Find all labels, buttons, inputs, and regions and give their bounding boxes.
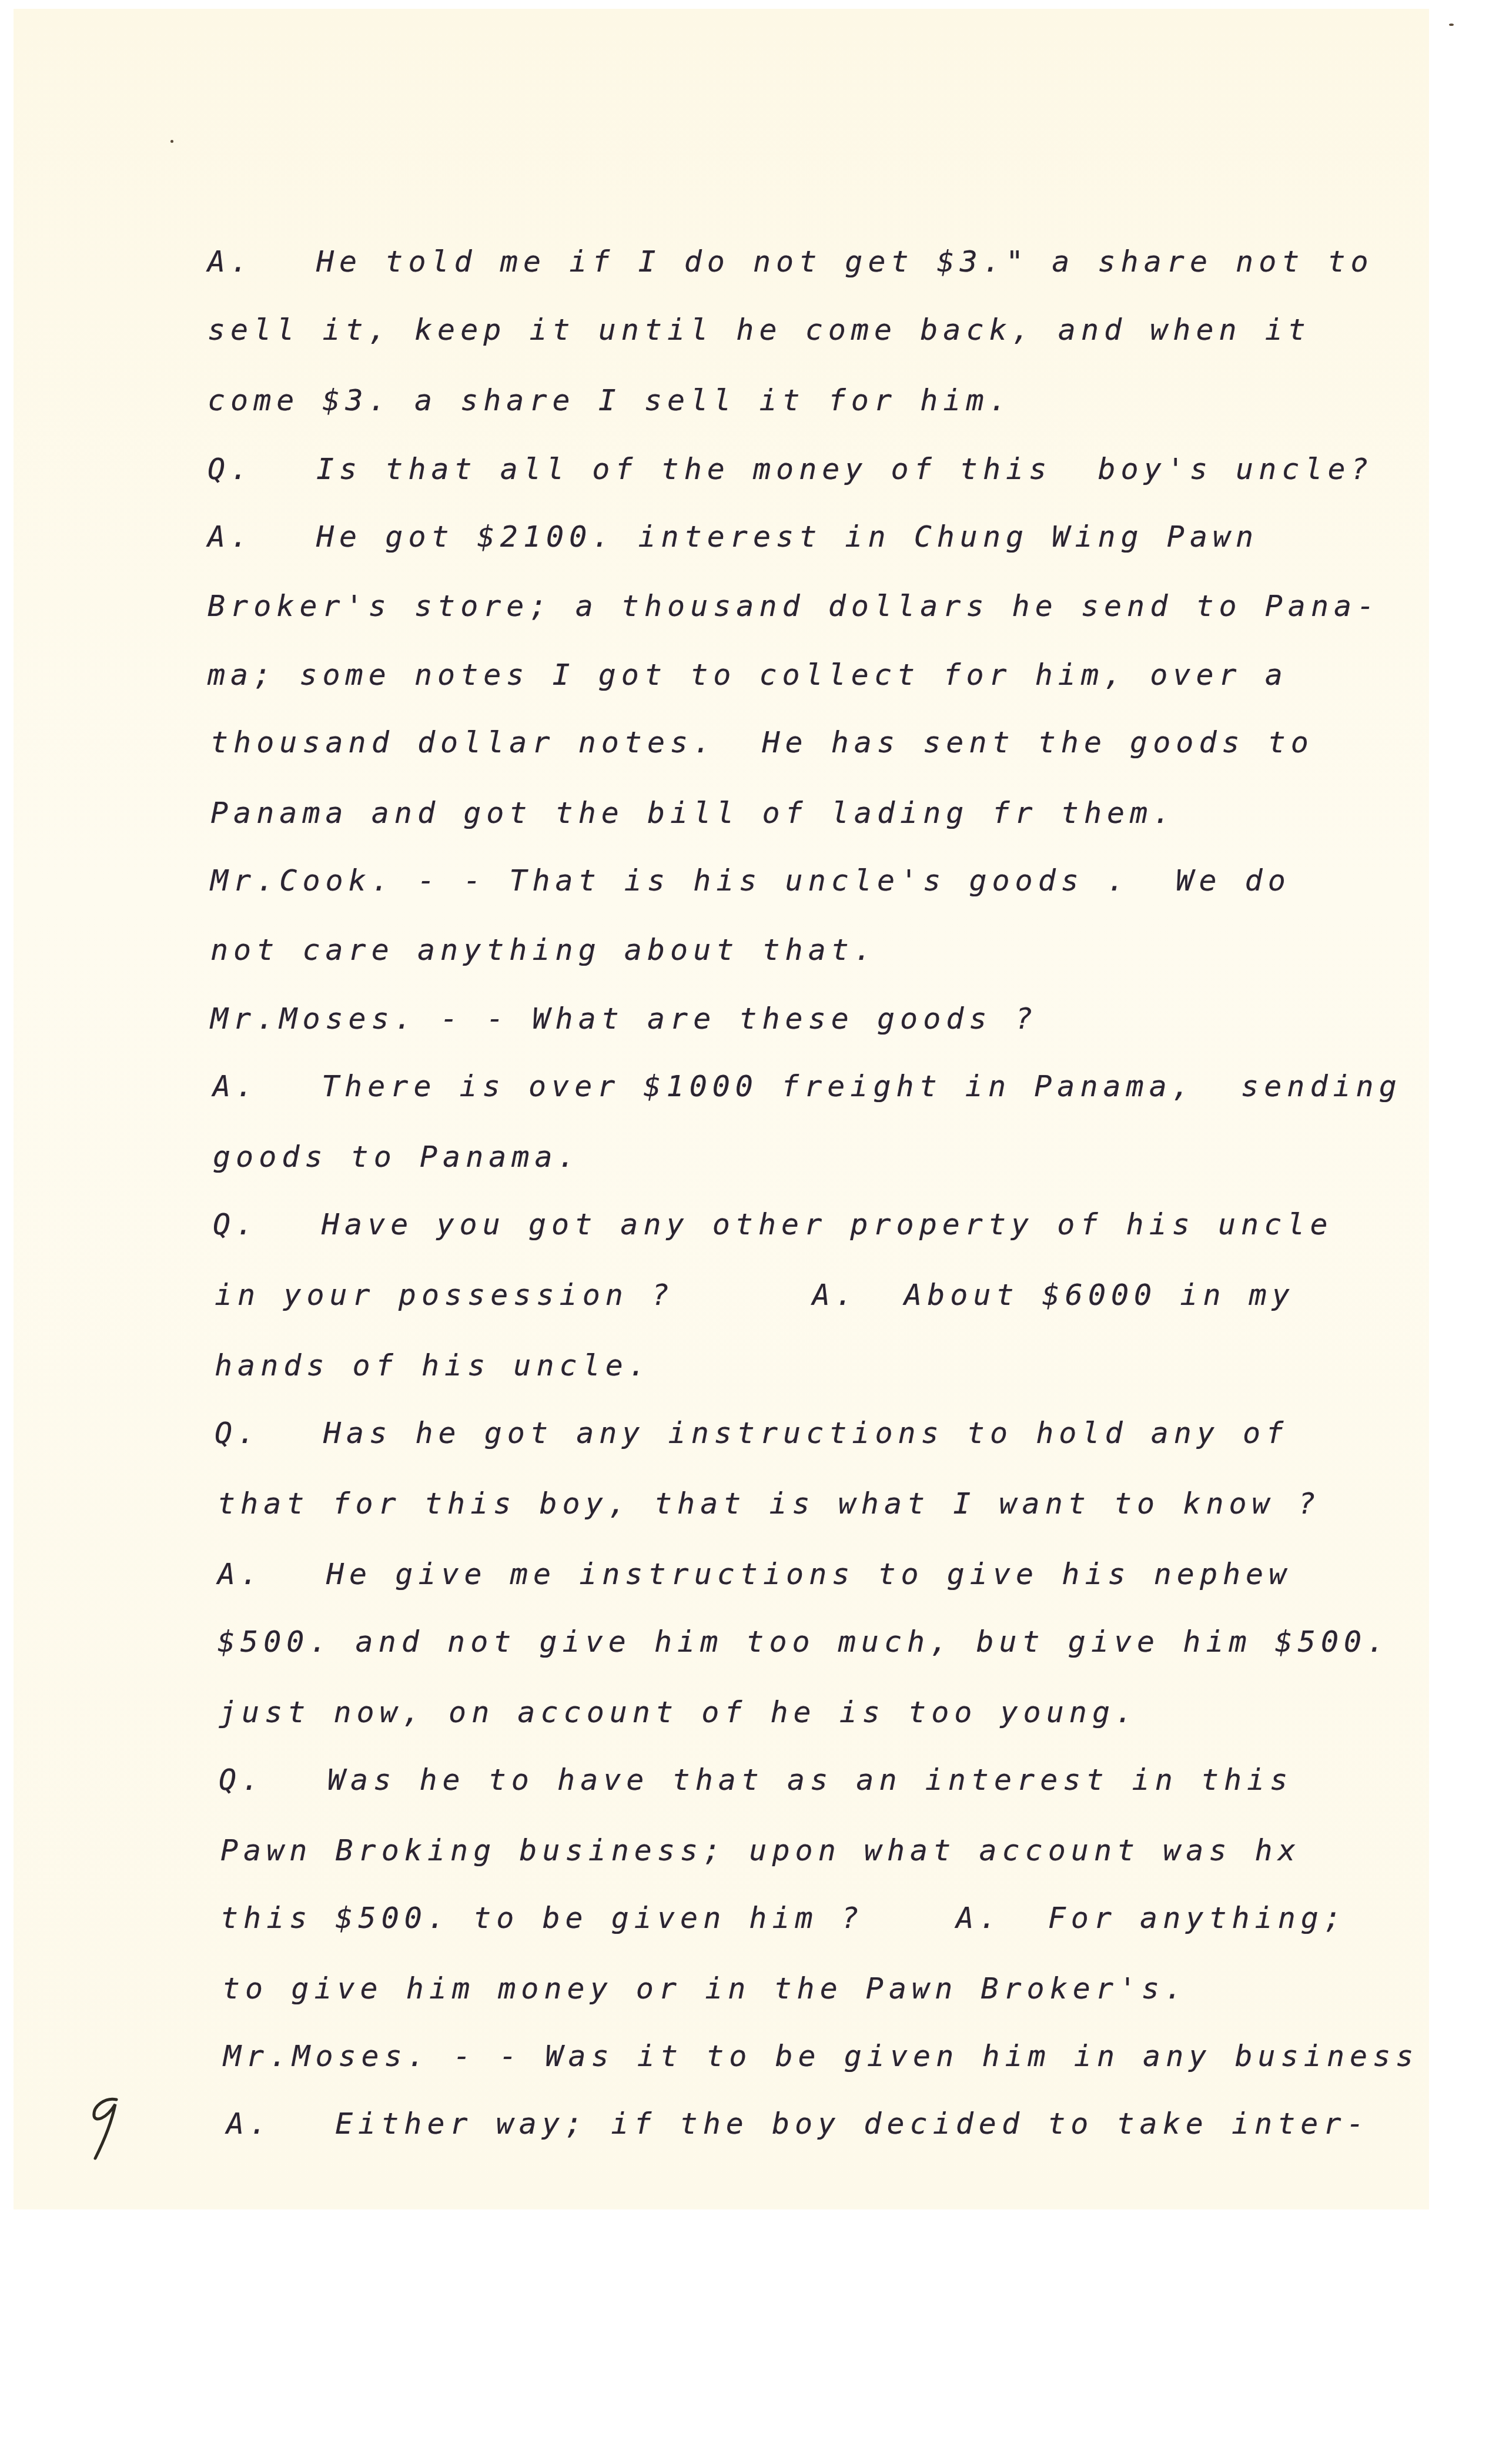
line-text: Mr.Moses. - - What are these goods ?: [210, 1002, 1038, 1036]
line-text: in your possession ? A. About $6000 in m…: [215, 1278, 1295, 1312]
transcript-line: A.There is over $1000 freight in Panama,…: [213, 1072, 1402, 1101]
transcript-line: A.He got $2100. interest in Chung Wing P…: [208, 522, 1259, 551]
transcript-line: Panama and got the bill of lading fr the…: [210, 798, 1176, 828]
transcript-line: A.He told me if I do not get $3." a shar…: [208, 247, 1374, 276]
paper-speck: [170, 140, 173, 143]
line-text: not care anything about that.: [210, 933, 877, 967]
transcript-line: Mr.Moses. - - Was it to be given him in …: [223, 2041, 1418, 2071]
transcript-line: Q.Have you got any other property of his…: [213, 1210, 1333, 1239]
speaker-label: Q.: [208, 454, 316, 484]
handwritten-page-number-icon: [82, 2093, 129, 2163]
paper-speck: [1449, 24, 1454, 26]
line-text: goods to Panama.: [213, 1140, 581, 1174]
transcript-line: A.He give me instructions to give his ne…: [218, 1559, 1291, 1589]
line-text: He told me if I do not get $3." a share …: [316, 245, 1374, 279]
transcript-line: ma; some notes I got to collect for him,…: [208, 660, 1288, 689]
line-text: There is over $1000 freight in Panama, s…: [322, 1069, 1402, 1103]
line-text: Mr.Cook. - - That is his uncle's goods .…: [210, 863, 1291, 898]
line-text: just now, on account of he is too young.: [219, 1695, 1138, 1729]
speaker-label: A.: [226, 2109, 335, 2138]
speaker-label: Q.: [219, 1765, 327, 1795]
transcript-line: Q.Is that all of the money of this boy's…: [208, 454, 1374, 484]
transcript-line: Broker's store; a thousand dollars he se…: [208, 591, 1380, 621]
transcript-line: to give him money or in the Pawn Broker'…: [222, 1974, 1187, 2003]
transcript-line: just now, on account of he is too young.: [219, 1698, 1138, 1727]
line-text: Broker's store; a thousand dollars he se…: [208, 589, 1380, 623]
transcript-line: Mr.Cook. - - That is his uncle's goods .…: [210, 866, 1291, 895]
line-text: Pawn Broking business; upon what account…: [220, 1833, 1301, 1867]
line-text: to give him money or in the Pawn Broker'…: [222, 1971, 1187, 2006]
line-text: He give me instructions to give his neph…: [326, 1557, 1291, 1591]
transcript-line: hands of his uncle.: [215, 1351, 651, 1380]
line-text: that for this boy, that is what I want t…: [218, 1487, 1321, 1521]
speaker-label: A.: [218, 1559, 326, 1589]
line-text: $500. and not give him too much, but giv…: [218, 1625, 1390, 1659]
transcript-line: in your possession ? A. About $6000 in m…: [215, 1280, 1295, 1310]
line-text: sell it, keep it until he come back, and…: [208, 313, 1311, 347]
line-text: Mr.Moses. - - Was it to be given him in …: [223, 2039, 1418, 2073]
transcript-line: A.Either way; if the boy decided to take…: [226, 2109, 1370, 2138]
transcript-line: that for this boy, that is what I want t…: [218, 1489, 1321, 1518]
line-text: Has he got any instructions to hold any …: [323, 1416, 1289, 1450]
transcript-line: goods to Panama.: [213, 1142, 581, 1171]
transcript-line: come $3. a share I sell it for him.: [208, 386, 1012, 415]
line-text: Was he to have that as an interest in th…: [327, 1763, 1293, 1797]
transcript-line: Pawn Broking business; upon what account…: [220, 1836, 1301, 1865]
transcript-line: $500. and not give him too much, but giv…: [218, 1627, 1390, 1656]
line-text: He got $2100. interest in Chung Wing Paw…: [316, 520, 1259, 554]
transcript-line: this $500. to be given him ? A. For anyt…: [220, 1903, 1347, 1933]
speaker-label: A.: [208, 522, 316, 551]
speaker-label: A.: [213, 1072, 322, 1101]
transcript-line: Q.Was he to have that as an interest in …: [219, 1765, 1293, 1795]
line-text: ma; some notes I got to collect for him,…: [208, 658, 1288, 692]
line-text: this $500. to be given him ? A. For anyt…: [220, 1901, 1347, 1935]
line-text: Is that all of the money of this boy's u…: [316, 452, 1374, 486]
transcript-line: Mr.Moses. - - What are these goods ?: [210, 1004, 1038, 1033]
speaker-label: Q.: [215, 1418, 323, 1448]
transcript-line: sell it, keep it until he come back, and…: [208, 315, 1311, 344]
speaker-label: Q.: [213, 1210, 322, 1239]
line-text: hands of his uncle.: [215, 1348, 651, 1382]
line-text: come $3. a share I sell it for him.: [208, 383, 1012, 417]
line-text: Either way; if the boy decided to take i…: [335, 2107, 1370, 2141]
line-text: Have you got any other property of his u…: [322, 1207, 1333, 1241]
speaker-label: A.: [208, 247, 316, 276]
transcript-line: not care anything about that.: [210, 935, 877, 965]
transcript-line: Q.Has he got any instructions to hold an…: [215, 1418, 1289, 1448]
line-text: thousand dollar notes. He has sent the g…: [210, 725, 1314, 759]
line-text: Panama and got the bill of lading fr the…: [210, 796, 1176, 830]
transcript-line: thousand dollar notes. He has sent the g…: [210, 728, 1314, 757]
